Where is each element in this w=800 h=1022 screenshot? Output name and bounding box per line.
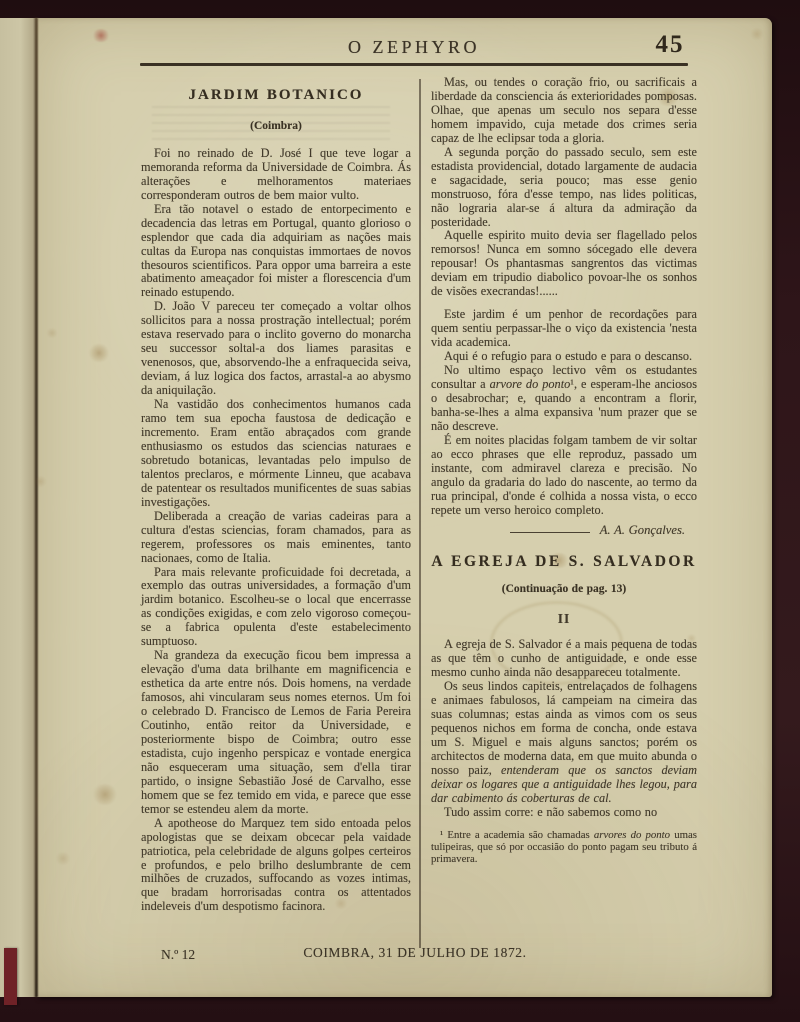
- continuation-body: Mas, ou tendes o coração frio, ou sacrif…: [431, 76, 697, 518]
- stain: [92, 29, 110, 42]
- paragraph: Para mais relevante proficuidade foi dec…: [141, 566, 411, 650]
- article-body: Foi no reinado de D. José I que teve log…: [141, 147, 411, 914]
- paragraph: Foi no reinado de D. José I que teve log…: [141, 147, 411, 203]
- paragraph: Tudo assim corre: e não sabemos como no: [431, 806, 697, 820]
- paragraph: Na grandeza da execução ficou bem impres…: [141, 649, 411, 816]
- footnote: ¹ Entre a academia são chamadas arvores …: [431, 829, 697, 866]
- signature-row: A. A. Gonçalves.: [431, 524, 697, 538]
- dateline: COIMBRA, 31 DE JULHO DE 1872.: [255, 945, 575, 961]
- stain: [34, 476, 47, 487]
- paragraph: A apotheose do Marquez tem sido entoada …: [141, 817, 411, 915]
- article-subtitle: (Coimbra): [141, 120, 411, 134]
- paragraph: Deliberada a creação de varias cadeiras …: [141, 510, 411, 566]
- stain: [88, 344, 110, 362]
- stain: [92, 784, 118, 805]
- binding-crease: [35, 18, 38, 997]
- left-column: JARDIM BOTANICO (Coimbra) Foi no reinado…: [141, 85, 411, 914]
- book-edge-red-sliver: [4, 948, 17, 1005]
- page-number: 45: [638, 31, 702, 59]
- paragraph: É em noites placidas folgam tambem de vi…: [431, 434, 697, 518]
- header-rule: [140, 63, 688, 66]
- stain: [46, 328, 58, 338]
- paragraph: Aquelle espirito muito devia ser flagell…: [431, 229, 697, 299]
- column-divider-rule: [419, 79, 421, 948]
- paragraph: Mas, ou tendes o coração frio, ou sacrif…: [431, 76, 697, 146]
- article2-section-number: II: [431, 612, 697, 626]
- paragraph: No ultimo espaço lectivo vêm os estudant…: [431, 364, 697, 434]
- article2-title: A EGREJA DE S. SALVADOR: [431, 555, 697, 569]
- paragraph: ¹ Entre a academia são chamadas arvores …: [431, 829, 697, 866]
- paragraph: A egreja de S. Salvador é a mais pequena…: [431, 638, 697, 680]
- scanned-periodical-page: { "header": { "journal_title": "O ZEPHYR…: [0, 0, 800, 1022]
- adjacent-page-edge: [0, 18, 37, 997]
- paragraph: A segunda porção do passado seculo, sem …: [431, 146, 697, 230]
- paragraph: Este jardim é um penhor de recordações p…: [431, 308, 697, 350]
- right-column: Mas, ou tendes o coração frio, ou sacrif…: [431, 76, 697, 866]
- article2-subtitle: (Continuação de pag. 13): [431, 583, 697, 597]
- issue-number: N.º 12: [161, 947, 195, 963]
- author-signature: A. A. Gonçalves.: [600, 524, 685, 538]
- stain: [750, 28, 764, 40]
- paragraph: Os seus lindos capiteis, entrelaçados de…: [431, 680, 697, 806]
- journal-title: O ZEPHYRO: [140, 37, 688, 58]
- article-title: JARDIM BOTANICO: [141, 89, 411, 103]
- paragraph: D. João V pareceu ter começado a voltar …: [141, 300, 411, 398]
- paragraph: Na vastidão dos conhecimentos humanos ca…: [141, 398, 411, 510]
- article2-body: A egreja de S. Salvador é a mais pequena…: [431, 638, 697, 819]
- paragraph: Aqui é o refugio para o estudo e para o …: [431, 350, 697, 364]
- paragraph: Era tão notavel o estado de entorpecimen…: [141, 203, 411, 301]
- signature-rule: [510, 532, 590, 533]
- stain: [55, 852, 71, 865]
